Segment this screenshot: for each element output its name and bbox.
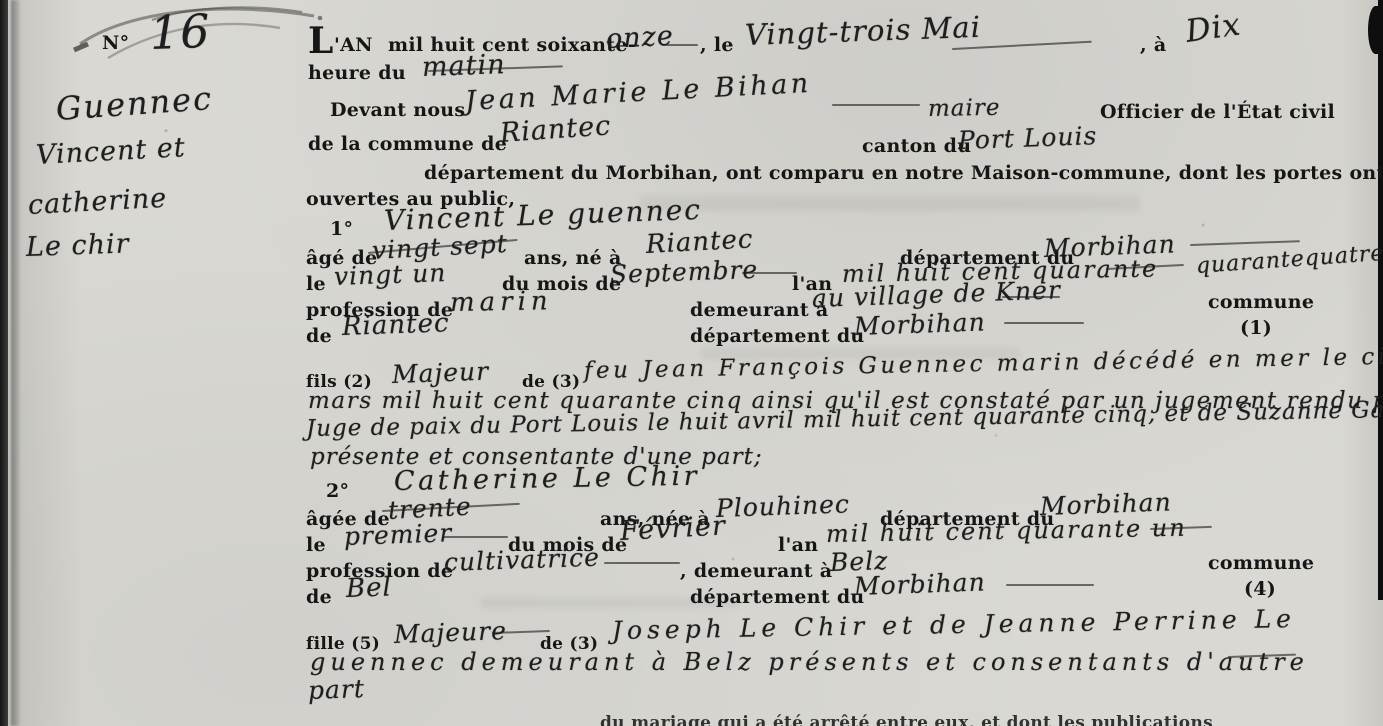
handwritten-year: onze	[605, 20, 674, 55]
handwritten-time-of-day: matin	[421, 49, 506, 83]
pen-flourish	[742, 272, 797, 274]
printed-ref-4: (4)	[1244, 578, 1276, 600]
printed-le-day: le	[306, 273, 326, 295]
margin-bride-surname: Le chir	[25, 228, 130, 263]
handwritten-bride-status: Majeure	[393, 616, 507, 649]
handwritten-bride-birth-day: premier	[343, 518, 452, 551]
printed-canton-label: canton du	[862, 135, 971, 157]
handwritten-canton: Port Louis	[957, 121, 1097, 155]
pen-flourish	[1002, 296, 1060, 298]
handwritten-groom-profession: marin	[450, 286, 553, 318]
handwritten-bride-filiation-line2: guennec demeurant à Belz présents et con…	[310, 648, 1309, 676]
handwritten-groom-birth-day: vingt un	[333, 258, 446, 291]
printed-devant-nous: Devant nous	[330, 99, 465, 121]
lan-dropcap: L	[308, 20, 334, 62]
printed-officier-etat-civil: Officier de l'État civil	[1100, 101, 1335, 123]
handwritten-bride-dept2: Morbihan	[853, 567, 986, 601]
printed-bride-an: l'an	[778, 534, 818, 556]
handwritten-bride-filiation-line3: part	[307, 674, 365, 705]
printed-le: , le	[700, 34, 734, 56]
handwritten-groom-residence-commune: Riantec	[341, 308, 450, 342]
printed-bride-de: de	[306, 586, 332, 608]
printed-bride-le: le	[306, 534, 326, 556]
pen-flourish	[604, 562, 680, 564]
handwritten-bride-birth-year: mil huit cent quarante un	[826, 514, 1187, 548]
handwritten-commune: Riantec	[499, 110, 612, 149]
pen-flourish	[662, 44, 698, 46]
handwritten-date: Vingt-trois Mai	[744, 10, 981, 52]
handwritten-bride-father-line: Joseph Le Chir et de Jeanne Perrine Le	[612, 604, 1296, 645]
pen-flourish	[1190, 240, 1300, 246]
handwritten-bride-birthplace: Plouhinec	[715, 489, 850, 523]
handwritten-groom-birth-month: Septembre	[609, 255, 758, 289]
printed-ref-1: (1)	[1240, 317, 1272, 339]
printed-commune-word: commune	[1208, 291, 1314, 313]
act-number-label: N°	[102, 32, 129, 54]
printed-dept2-label: département du	[690, 325, 865, 347]
margin-surname: Guennec	[55, 79, 214, 128]
handwritten-groom-birth-year-correction: quarantequatre	[1195, 241, 1383, 279]
printed-heure-du: heure du	[308, 62, 406, 84]
scanned-register-page: N° 16 Guennec Vincent et catherine Le ch…	[0, 0, 1383, 726]
printed-departement-line: département du Morbihan, ont comparu en …	[424, 162, 1383, 184]
printed-a: , à	[1140, 34, 1166, 56]
printed-ne-a: ans, né à	[524, 247, 622, 269]
pen-flourish	[1006, 584, 1094, 586]
handwritten-groom-dept2: Morbihan	[853, 307, 986, 341]
bride-index: 2°	[326, 480, 349, 502]
printed-bride-demeurant: , demeurant à	[680, 560, 832, 582]
binding-shadow-left	[0, 0, 8, 726]
groom-index: 1°	[330, 218, 353, 240]
printed-bride-dept2: département du	[690, 586, 865, 608]
page-edge-line-left	[11, 0, 20, 726]
printed-footer-cut-line: du mariage qui a été arrêté entre eux, e…	[600, 713, 1213, 726]
printed-demeurant-label: demeurant à	[690, 299, 829, 321]
handwritten-officer-name: Jean Marie Le Bihan	[464, 68, 812, 117]
margin-bride-name: catherine	[27, 183, 168, 221]
bleedthrough-artifact	[640, 196, 1140, 211]
lan-smallcaps: 'AN	[334, 34, 373, 56]
handwritten-officer-title: maire	[928, 95, 1001, 122]
margin-groom-name: Vincent et	[35, 132, 186, 171]
scan-edge-right	[1378, 0, 1383, 600]
handwritten-bride-residence-commune: Bel	[345, 572, 392, 604]
handwritten-bride-birth-month: Février	[619, 510, 726, 547]
pen-flourish	[832, 104, 920, 106]
pen-flourish	[442, 536, 508, 538]
scan-edge-blob	[1368, 6, 1383, 54]
handwritten-bride-profession: cultivatrice	[443, 543, 600, 577]
handwritten-bride-name: Catherine Le Chir	[394, 461, 701, 497]
printed-de-label: de	[306, 325, 332, 347]
printed-bride-commune-word: commune	[1208, 552, 1314, 574]
act-number: 16	[149, 4, 211, 60]
pen-flourish	[1004, 322, 1084, 324]
printed-commune-label: de la commune de	[308, 133, 507, 155]
handwritten-hour: Dix	[1183, 6, 1243, 49]
handwritten-groom-status: Majeur	[391, 357, 489, 389]
